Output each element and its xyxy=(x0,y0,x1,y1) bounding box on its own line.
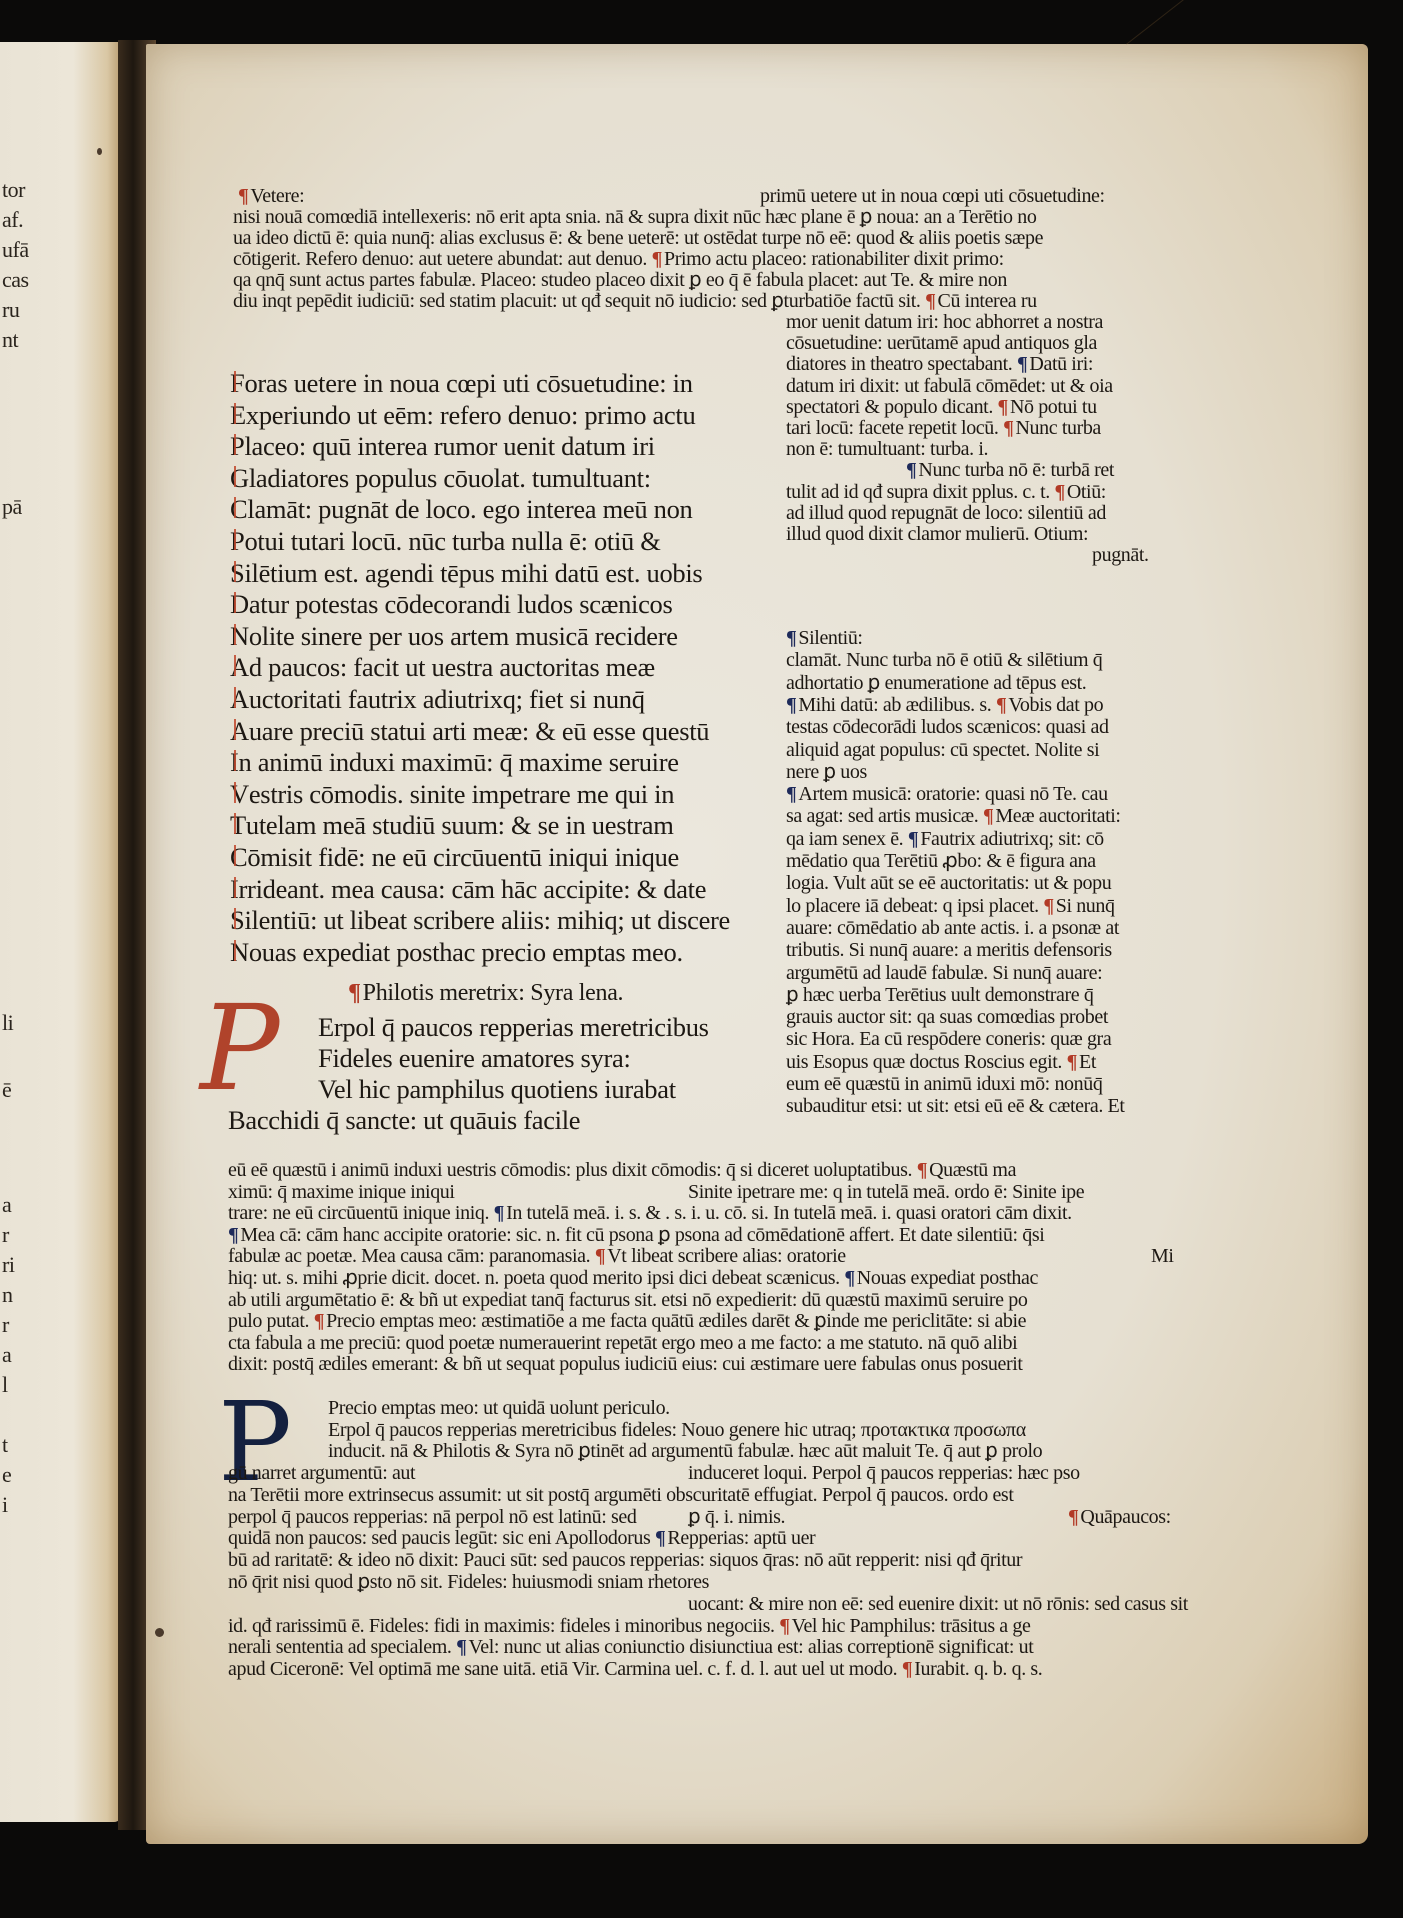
gloss-line: spectatori & populo dicant. ¶Nō potui tu xyxy=(786,397,1097,418)
paragraph-mark-icon: ¶ xyxy=(996,695,1006,716)
verse-capital: G xyxy=(230,463,249,493)
text: grauis auctor sit: qa suas comœdias prob… xyxy=(786,1006,1108,1028)
text: na Terētii more extrinsecus assumit: ut … xyxy=(228,1484,1013,1506)
verse-capital: A xyxy=(230,652,249,682)
verse-line: Auare preciū statui arti meæ: & eū esse … xyxy=(230,716,709,748)
text: apud Ciceronē: Vel optimā me sane uitā. … xyxy=(228,1658,897,1680)
gloss-line: diatores in theatro spectabant. ¶Datū ir… xyxy=(786,354,1093,375)
gloss-line: aliquid agat populus: cū spectet. Nolite… xyxy=(786,740,1099,761)
gloss-line: ¶Nunc turba nō ē: turbā ret xyxy=(906,460,1114,481)
text: Fautrix adiutrixq; sit: cō xyxy=(920,828,1103,850)
gloss-heading-vetere: ¶Vetere: xyxy=(238,186,304,207)
left-page-fragment: ē xyxy=(2,1075,11,1105)
gloss-line: datum iri dixit: ut fabulā cōmēdet: ut &… xyxy=(786,376,1113,397)
verse-text: ōmisit fidē: ne eū circūuentū iniqui ini… xyxy=(247,842,679,872)
text: Sinite ipetrare me: q in tutelā meā. ord… xyxy=(688,1182,1084,1203)
gloss-line: ab utili argumētatio ē: & bñ ut expediat… xyxy=(228,1290,1027,1311)
text: tari locū: facete repetit locū. xyxy=(786,417,998,439)
left-page-fragment: ri xyxy=(2,1250,14,1280)
gloss-line: uis Esopus quæ doctus Roscius egit. ¶Et xyxy=(786,1052,1096,1073)
left-page-fragment: ufā xyxy=(2,235,29,265)
verse-line: Irrideant. mea causa: cām hāc accipite: … xyxy=(230,874,706,906)
text: mēdatio qua Terētiū ꝓbo: & ē figura ana xyxy=(786,850,1096,872)
gloss-line: na Terētii more extrinsecus assumit: ut … xyxy=(228,1485,1013,1506)
text: clamāt. Nunc turba nō ē otiū & silētium … xyxy=(786,649,1102,671)
gloss-line: Erpol q̄ paucos repperias meretricibus f… xyxy=(328,1420,1026,1441)
text: testas cōdecorādi ludos scænicos: quasi … xyxy=(786,716,1109,738)
verse-text: lamāt: pugnāt de loco. ego interea meū n… xyxy=(247,494,692,524)
text: In tutelā meā. i. s. & . s. i. u. cō. si… xyxy=(506,1202,1072,1224)
text: trare: ne eū circūuentū inique iniq. xyxy=(228,1202,489,1224)
verse-capital: I xyxy=(230,747,239,777)
text: hiq: ut. s. mihi ꝓprie dicit. docet. n. … xyxy=(228,1267,840,1289)
text: induceret loqui. Perpol q̄ paucos repper… xyxy=(688,1463,1080,1484)
text: ximū: q̄ maxime inique iniqui xyxy=(228,1181,455,1203)
text: qa iam senex ē. xyxy=(786,828,903,850)
previous-page-edge: toraf.ufācasruntpāliēarrinraltei xyxy=(0,42,122,1822)
paper-crease xyxy=(1126,0,1403,281)
text: quidā non paucos: sed paucis legūt: sic … xyxy=(228,1527,650,1549)
gloss-line: ¶Silentiū: xyxy=(786,628,863,649)
gloss-line: subauditur etsi: ut sit: etsi eū eē & cæ… xyxy=(786,1096,1125,1117)
gloss-line: tributis. Si nunq̄ auare: a meritis defe… xyxy=(786,940,1112,961)
verse-capital: A xyxy=(230,684,249,714)
left-page-fragment: cas xyxy=(2,265,29,295)
text: ꝑ hæc uerba Terētius uult demonstrare q̄ xyxy=(786,984,1093,1006)
verse-text: olite sinere per uos artem musicā recide… xyxy=(249,621,678,651)
text: Datū iri: xyxy=(1029,353,1093,375)
left-page-fragment: pā xyxy=(2,492,22,522)
paragraph-mark-icon: ¶ xyxy=(1068,1507,1078,1528)
text: adhortatio ꝑ enumeratione ad tēpus est. xyxy=(786,672,1086,694)
verse-line: Silētium est. agendi tēpus mihi datū est… xyxy=(230,558,702,590)
verse-capital: A xyxy=(230,716,249,746)
gloss-line: Precio emptas meo: ut quidā uolunt peric… xyxy=(328,1398,670,1419)
paragraph-mark-icon: ¶ xyxy=(1003,418,1013,439)
paragraph-mark-icon: ¶ xyxy=(1043,896,1053,917)
verse-capital: S xyxy=(230,905,244,935)
gloss-line: fabulæ ac poetæ. Mea causa cām: paranoma… xyxy=(228,1246,846,1267)
left-page-fragment: e xyxy=(2,1460,11,1490)
gloss-line: non ē: tumultuant: turba. i. xyxy=(786,439,988,460)
left-page-fragment: tor xyxy=(2,175,25,205)
text: cta fabula a me preciū: quod poetæ numer… xyxy=(228,1332,1017,1354)
verse-line: Potui tutari locū. nūc turba nulla ē: ot… xyxy=(230,526,661,558)
text: Et xyxy=(1079,1051,1096,1073)
verse-text: n animū induxi maximū: q̄ maxime seruire xyxy=(239,747,679,777)
verse-line: Silentiū: ut libeat scribere aliis: mihi… xyxy=(230,905,730,937)
scene-line: Fideles euenire amatores syra: xyxy=(318,1043,631,1075)
verse-capital: P xyxy=(230,526,244,556)
paragraph-mark-icon: ¶ xyxy=(786,628,796,649)
verse-text: ilētium est. agendi tēpus mihi datū est.… xyxy=(244,558,702,588)
text: Vobis dat po xyxy=(1008,694,1103,716)
verse-text: utelam meā studiū suum: & se in uestram xyxy=(246,810,674,840)
paragraph-mark-icon: ¶ xyxy=(456,1637,466,1658)
paragraph-mark-icon: ¶ xyxy=(595,1246,605,1267)
verse-line: Placeo: quū interea rumor uenit datum ir… xyxy=(230,431,655,463)
gloss-line: quidā non paucos: sed paucis legūt: sic … xyxy=(228,1528,815,1549)
decorated-initial-red: P xyxy=(200,998,279,1098)
gloss-heading-right: primū uetere ut in noua cœpi uti cōsuetu… xyxy=(760,186,1105,207)
verse-text: ouas expediat posthac precio emptas meo. xyxy=(249,937,683,967)
paragraph-mark-icon: ¶ xyxy=(1054,482,1064,503)
gloss-line: hiq: ut. s. mihi ꝓprie dicit. docet. n. … xyxy=(228,1268,1038,1289)
verse-line: Cōmisit fidē: ne eū circūuentū iniqui in… xyxy=(230,842,679,874)
verse-line: In animū induxi maximū: q̄ maxime seruir… xyxy=(230,747,679,779)
gloss-line: ximū: q̄ maxime inique iniquiSinite ipet… xyxy=(228,1182,455,1203)
scene-line: Vel hic pamphilus quotiens iurabat xyxy=(318,1074,676,1106)
text: Nunc turba xyxy=(1016,417,1101,439)
verse-text: ilentiū: ut libeat scribere aliis: mihiq… xyxy=(244,905,730,935)
paragraph-mark-icon: ¶ xyxy=(983,806,993,827)
verse-capital: P xyxy=(230,431,244,461)
paragraph-mark-icon: ¶ xyxy=(494,1203,504,1224)
gloss-line: dixit: postq̄ ædiles emerant: & bñ ut se… xyxy=(228,1354,1023,1375)
text: spectatori & populo dicant. xyxy=(786,396,993,418)
text: tributis. Si nunq̄ auare: a meritis defe… xyxy=(786,939,1112,961)
verse-capital: F xyxy=(230,368,244,398)
gloss-line: testas cōdecorādi ludos scænicos: quasi … xyxy=(786,717,1109,738)
gloss-line: ¶Mihi datū: ab ædilibus. s. ¶Vobis dat p… xyxy=(786,695,1103,716)
paragraph-mark-icon: ¶ xyxy=(655,1528,665,1549)
text: eum eē quæstū in animū iduxi mō: nonūq̄ xyxy=(786,1073,1102,1095)
text: non ē: tumultuant: turba. i. xyxy=(786,438,988,460)
gloss-line: apud Ciceronē: Vel optimā me sane uitā. … xyxy=(228,1659,1042,1680)
text: aliquid agat populus: cū spectet. Nolite… xyxy=(786,739,1099,761)
text: bū ad raritatē: & ideo nō dixit: Pauci s… xyxy=(228,1549,1022,1571)
text: tulit ad id qđ supra dixit pplus. c. t. xyxy=(786,481,1050,503)
verse-text: rrideant. mea causa: cām hāc accipite: &… xyxy=(239,874,707,904)
text: pulo putat. xyxy=(228,1310,309,1332)
paragraph-mark-icon: ¶ xyxy=(652,249,662,270)
text: Otiū: xyxy=(1067,481,1106,503)
verse-line: Vestris cōmodis. sinite impetrare me qui… xyxy=(230,779,674,811)
verse-line: Clamāt: pugnāt de loco. ego interea meū … xyxy=(230,494,693,526)
text: sic Hora. Ea cū respōdere coneris: quæ g… xyxy=(786,1028,1111,1050)
verse-line: Foras uetere in noua cœpi uti cōsuetudin… xyxy=(230,368,693,400)
text: datum iri dixit: ut fabulā cōmēdet: ut &… xyxy=(786,375,1113,397)
gloss-line: diu inqt pepēdit iudiciū: sed statim pla… xyxy=(233,291,1037,312)
verse-capital: C xyxy=(230,494,247,524)
paragraph-mark-icon: ¶ xyxy=(1067,1052,1077,1073)
gloss-line: tari locū: facete repetit locū. ¶Nunc tu… xyxy=(786,418,1101,439)
text: auare: cōmēdatio ab ante actis. i. a pso… xyxy=(786,917,1119,939)
scene-line: Bacchidi q̄ sancte: ut quāuis facile xyxy=(228,1105,580,1137)
gloss-line: qa qnq̄ sunt actus partes fabulæ. Placeo… xyxy=(233,270,1007,291)
gloss-line: tulit ad id qđ supra dixit pplus. c. t. … xyxy=(786,482,1106,503)
paragraph-mark-icon: ¶ xyxy=(1017,354,1027,375)
verse-line: Nolite sinere per uos artem musicā recid… xyxy=(230,621,678,653)
paragraph-mark-icon: ¶ xyxy=(786,695,796,716)
text: fabulæ ac poetæ. Mea causa cām: paranoma… xyxy=(228,1245,590,1267)
left-page-fragment: i xyxy=(2,1490,8,1520)
text: Repperias: aptū uer xyxy=(667,1527,815,1549)
ink-speck xyxy=(97,148,102,155)
left-page-fragment: l xyxy=(2,1370,8,1400)
paragraph-mark-icon: ¶ xyxy=(917,1160,927,1181)
gloss-line: nerali sententia ad specialem. ¶Vel: nun… xyxy=(228,1637,1033,1658)
gloss-line: nisi nouā comœdiā intellexeris: nō erit … xyxy=(233,207,1036,228)
gloss-line: pulo putat. ¶Precio emptas meo: æstimati… xyxy=(228,1311,1026,1332)
gloss-line: ¶Mea cā: cām hanc accipite oratorie: sic… xyxy=(228,1225,1044,1246)
gloss-line: sa agat: sed artis musicæ. ¶Meæ auctorit… xyxy=(786,806,1121,827)
gloss-line: ad illud quod repugnāt de loco: silentiū… xyxy=(786,503,1106,524)
paragraph-mark-icon: ¶ xyxy=(348,978,361,1010)
verse-capital: S xyxy=(230,558,244,588)
gloss-line: cta fabula a me preciū: quod poetæ numer… xyxy=(228,1333,1017,1354)
paragraph-mark-icon: ¶ xyxy=(925,291,935,312)
gloss-line: cōsuetudine: uerūtamē apud antiquos gla xyxy=(786,333,1097,354)
text: Vel hic Pamphilus: trāsitus a ge xyxy=(792,1615,1031,1637)
verse-text: atur potestas cōdecorandi ludos scænicos xyxy=(249,589,673,619)
text: ꝑ q̄. i. nimis. xyxy=(688,1507,785,1528)
gloss-line: ¶Artem musicā: oratorie: quasi nō Te. ca… xyxy=(786,784,1108,805)
paragraph-mark-icon: ¶ xyxy=(314,1311,324,1332)
verse-text: otui tutari locū. nūc turba nulla ē: oti… xyxy=(244,526,660,556)
verse-line: Ad paucos: facit ut uestra auctoritas me… xyxy=(230,652,655,684)
paragraph-mark-icon: ¶ xyxy=(902,1659,912,1680)
verse-text: laceo: quū interea rumor uenit datum iri xyxy=(244,431,654,461)
text: nō q̄rit nisi quod ꝑsto nō sit. Fideles:… xyxy=(228,1571,709,1593)
speaker-heading: ¶Philotis meretrix: Syra lena. xyxy=(348,978,623,1010)
text: Mea cā: cām hanc accipite oratorie: sic.… xyxy=(240,1224,1044,1246)
gloss-line: eū eē quæstū i animū induxi uestris cōmo… xyxy=(228,1160,1016,1181)
gloss-line: grauis auctor sit: qa suas comœdias prob… xyxy=(786,1007,1108,1028)
text: Iurabit. q. b. q. s. xyxy=(914,1658,1042,1680)
gloss-line: auare: cōmēdatio ab ante actis. i. a pso… xyxy=(786,918,1119,939)
gloss-line: trare: ne eū circūuentū inique iniq. ¶In… xyxy=(228,1203,1072,1224)
gloss-line: adhortatio ꝑ enumeratione ad tēpus est. xyxy=(786,673,1086,694)
gloss-line: nere ꝑ uos xyxy=(786,762,867,783)
text: subauditur etsi: ut sit: etsi eū eē & cæ… xyxy=(786,1095,1125,1117)
verse-text: uctoritati fautrix adiutrixq; fiet si nu… xyxy=(249,684,645,714)
text: cōsuetudine: uerūtamē apud antiquos gla xyxy=(786,332,1097,354)
gloss-line: pugnāt. xyxy=(1092,545,1149,566)
text: Mihi datū: ab ædilibus. s. xyxy=(798,694,991,716)
text: diatores in theatro spectabant. xyxy=(786,353,1012,375)
left-page-fragment: r xyxy=(2,1310,9,1340)
gloss-line: inducit. nā & Philotis & Syra nō ꝑtinēt … xyxy=(328,1441,1042,1462)
gloss-line: argumētū ad laudē fabulæ. Si nunq̄ auare… xyxy=(786,963,1102,984)
verse-text: estris cōmodis. sinite impetrare me qui … xyxy=(249,779,674,809)
verse-line: Experiundo ut eēm: refero denuo: primo a… xyxy=(230,400,695,432)
text: Quæstū ma xyxy=(929,1159,1016,1181)
text: sa agat: sed artis musicæ. xyxy=(786,805,978,827)
text: uocant: & mire non eē: sed euenire dixit… xyxy=(688,1594,1188,1615)
paragraph-mark-icon: ¶ xyxy=(786,784,796,805)
gloss-line: qa iam senex ē. ¶Fautrix adiutrixq; sit:… xyxy=(786,829,1104,850)
left-page-fragment: nt xyxy=(2,325,18,355)
left-page-fragment: a xyxy=(2,1340,11,1370)
text: Nunc turba nō ē: turbā ret xyxy=(918,459,1114,481)
text: Precio emptas meo: æstimatiōe a me facta… xyxy=(326,1310,1026,1332)
gloss-line: lo placere iā debeat: q ipsi placet. ¶Si… xyxy=(786,896,1115,917)
text: Meæ auctoritati: xyxy=(995,805,1120,827)
text: ad illud quod repugnāt de loco: silentiū… xyxy=(786,502,1106,524)
gloss-line: perpol q̄ paucos repperias: nā perpol nō… xyxy=(228,1507,636,1528)
verse-line: Auctoritati fautrix adiutrixq; fiet si n… xyxy=(230,684,645,716)
text: Nouas expediat posthac xyxy=(857,1267,1038,1289)
text: lo placere iā debeat: q ipsi placet. xyxy=(786,895,1039,917)
text: Silentiū: xyxy=(798,627,862,649)
gloss-line: mor uenit datum iri: hoc abhorret a nost… xyxy=(786,312,1103,333)
verse-text: ladiatores populus cōuolat. tumultuant: xyxy=(249,463,651,493)
verse-line: Tutelam meā studiū suum: & se in uestram xyxy=(230,810,674,842)
verse-line: Datur potestas cōdecorandi ludos scænico… xyxy=(230,589,673,621)
text: Si nunq̄ xyxy=(1056,895,1115,917)
paragraph-mark-icon: ¶ xyxy=(228,1225,238,1246)
gloss-line: ꝑ hæc uerba Terētius uult demonstrare q̄ xyxy=(786,985,1093,1006)
text: ab utili argumētatio ē: & bñ ut expediat… xyxy=(228,1289,1027,1311)
paragraph-mark-icon: ¶ xyxy=(238,186,248,207)
verse-capital: N xyxy=(230,937,249,967)
left-page-fragment: ru xyxy=(2,295,19,325)
paragraph-mark-icon: ¶ xyxy=(779,1616,789,1637)
text: illud quod dixit clamor mulierū. Otium: xyxy=(786,523,1088,545)
verse-capital: D xyxy=(230,589,249,619)
verse-text: uare preciū statui arti meæ: & eū esse q… xyxy=(249,716,709,746)
text: nere ꝑ uos xyxy=(786,761,867,783)
text: dixit: postq̄ ædiles emerant: & bñ ut se… xyxy=(228,1353,1023,1375)
text: Quāpaucos: xyxy=(1080,1506,1170,1528)
verse-line: Gladiatores populus cōuolat. tumultuant: xyxy=(230,463,651,495)
left-page-fragment: n xyxy=(2,1280,13,1310)
verse-text: xperiundo ut eēm: refero denuo: primo ac… xyxy=(246,400,696,430)
gloss-line: ua ideo dictū ē: quia nunq̄: alias exclu… xyxy=(233,228,1043,249)
text: Vel: nunc ut alias coniunctio disiunctiu… xyxy=(468,1636,1033,1658)
gloss-line: cōtigerit. Refero denuo: aut uetere abun… xyxy=(233,249,1004,270)
gloss-line: mēdatio qua Terētiū ꝓbo: & ē figura ana xyxy=(786,851,1096,872)
text: pugnāt. xyxy=(1092,544,1149,566)
left-page-fragment: af. xyxy=(2,205,23,235)
text: perpol q̄ paucos repperias: nā perpol nō… xyxy=(228,1506,636,1528)
text: Nō potui tu xyxy=(1010,396,1097,418)
text: argumētū ad laudē fabulæ. Si nunq̄ auare… xyxy=(786,962,1102,984)
verse-capital: V xyxy=(230,779,249,809)
text: Mi xyxy=(1151,1246,1174,1267)
left-page-fragment: li xyxy=(2,1008,13,1038)
verse-capital: I xyxy=(230,874,239,904)
gloss-line: bū ad raritatē: & ideo nō dixit: Pauci s… xyxy=(228,1550,1022,1571)
text: Vt libeat scribere alias: oratorie xyxy=(607,1245,846,1267)
text: gū narret argumentū: aut xyxy=(228,1462,415,1484)
left-page-fragment: r xyxy=(2,1220,9,1250)
gloss-line: id. qđ rarissimū ē. Fideles: fidi in max… xyxy=(228,1616,1030,1637)
verse-line: Nouas expediat posthac precio emptas meo… xyxy=(230,937,683,969)
paragraph-mark-icon: ¶ xyxy=(998,397,1008,418)
left-page-fragment: a xyxy=(2,1190,11,1220)
scene-line: Erpol q̄ paucos repperias meretricibus xyxy=(318,1012,709,1044)
left-page-fragment: t xyxy=(2,1430,8,1460)
gloss-line: sic Hora. Ea cū respōdere coneris: quæ g… xyxy=(786,1029,1111,1050)
text: eū eē quæstū i animū induxi uestris cōmo… xyxy=(228,1159,912,1181)
verse-capital: C xyxy=(230,842,247,872)
verse-capital: T xyxy=(230,810,246,840)
paragraph-mark-icon: ¶ xyxy=(906,460,916,481)
text: nerali sententia ad specialem. xyxy=(228,1636,451,1658)
gloss-line: logia. Vult aūt se eē auctoritatis: ut &… xyxy=(786,873,1111,894)
verse-text: oras uetere in noua cœpi uti cōsuetudine… xyxy=(244,368,692,398)
ink-speck xyxy=(155,1628,164,1637)
paragraph-mark-icon: ¶ xyxy=(844,1268,854,1289)
verse-capital: E xyxy=(230,400,246,430)
gloss-line: gū narret argumentū: autinduceret loqui.… xyxy=(228,1463,415,1484)
gloss-line: clamāt. Nunc turba nō ē otiū & silētium … xyxy=(786,650,1102,671)
text: id. qđ rarissimū ē. Fideles: fidi in max… xyxy=(228,1615,775,1637)
text: mor uenit datum iri: hoc abhorret a nost… xyxy=(786,311,1103,333)
text: Artem musicā: oratorie: quasi nō Te. cau xyxy=(798,783,1107,805)
text: logia. Vult aūt se eē auctoritatis: ut &… xyxy=(786,872,1111,894)
verse-capital: N xyxy=(230,621,249,651)
paragraph-mark-icon: ¶ xyxy=(908,829,918,850)
gloss-line: nō q̄rit nisi quod ꝑsto nō sit. Fideles:… xyxy=(228,1572,709,1593)
text: uis Esopus quæ doctus Roscius egit. xyxy=(786,1051,1062,1073)
gloss-line: eum eē quæstū in animū iduxi mō: nonūq̄ xyxy=(786,1074,1102,1095)
gloss-line: illud quod dixit clamor mulierū. Otium: xyxy=(786,524,1088,545)
verse-text: d paucos: facit ut uestra auctoritas meæ xyxy=(249,652,655,682)
